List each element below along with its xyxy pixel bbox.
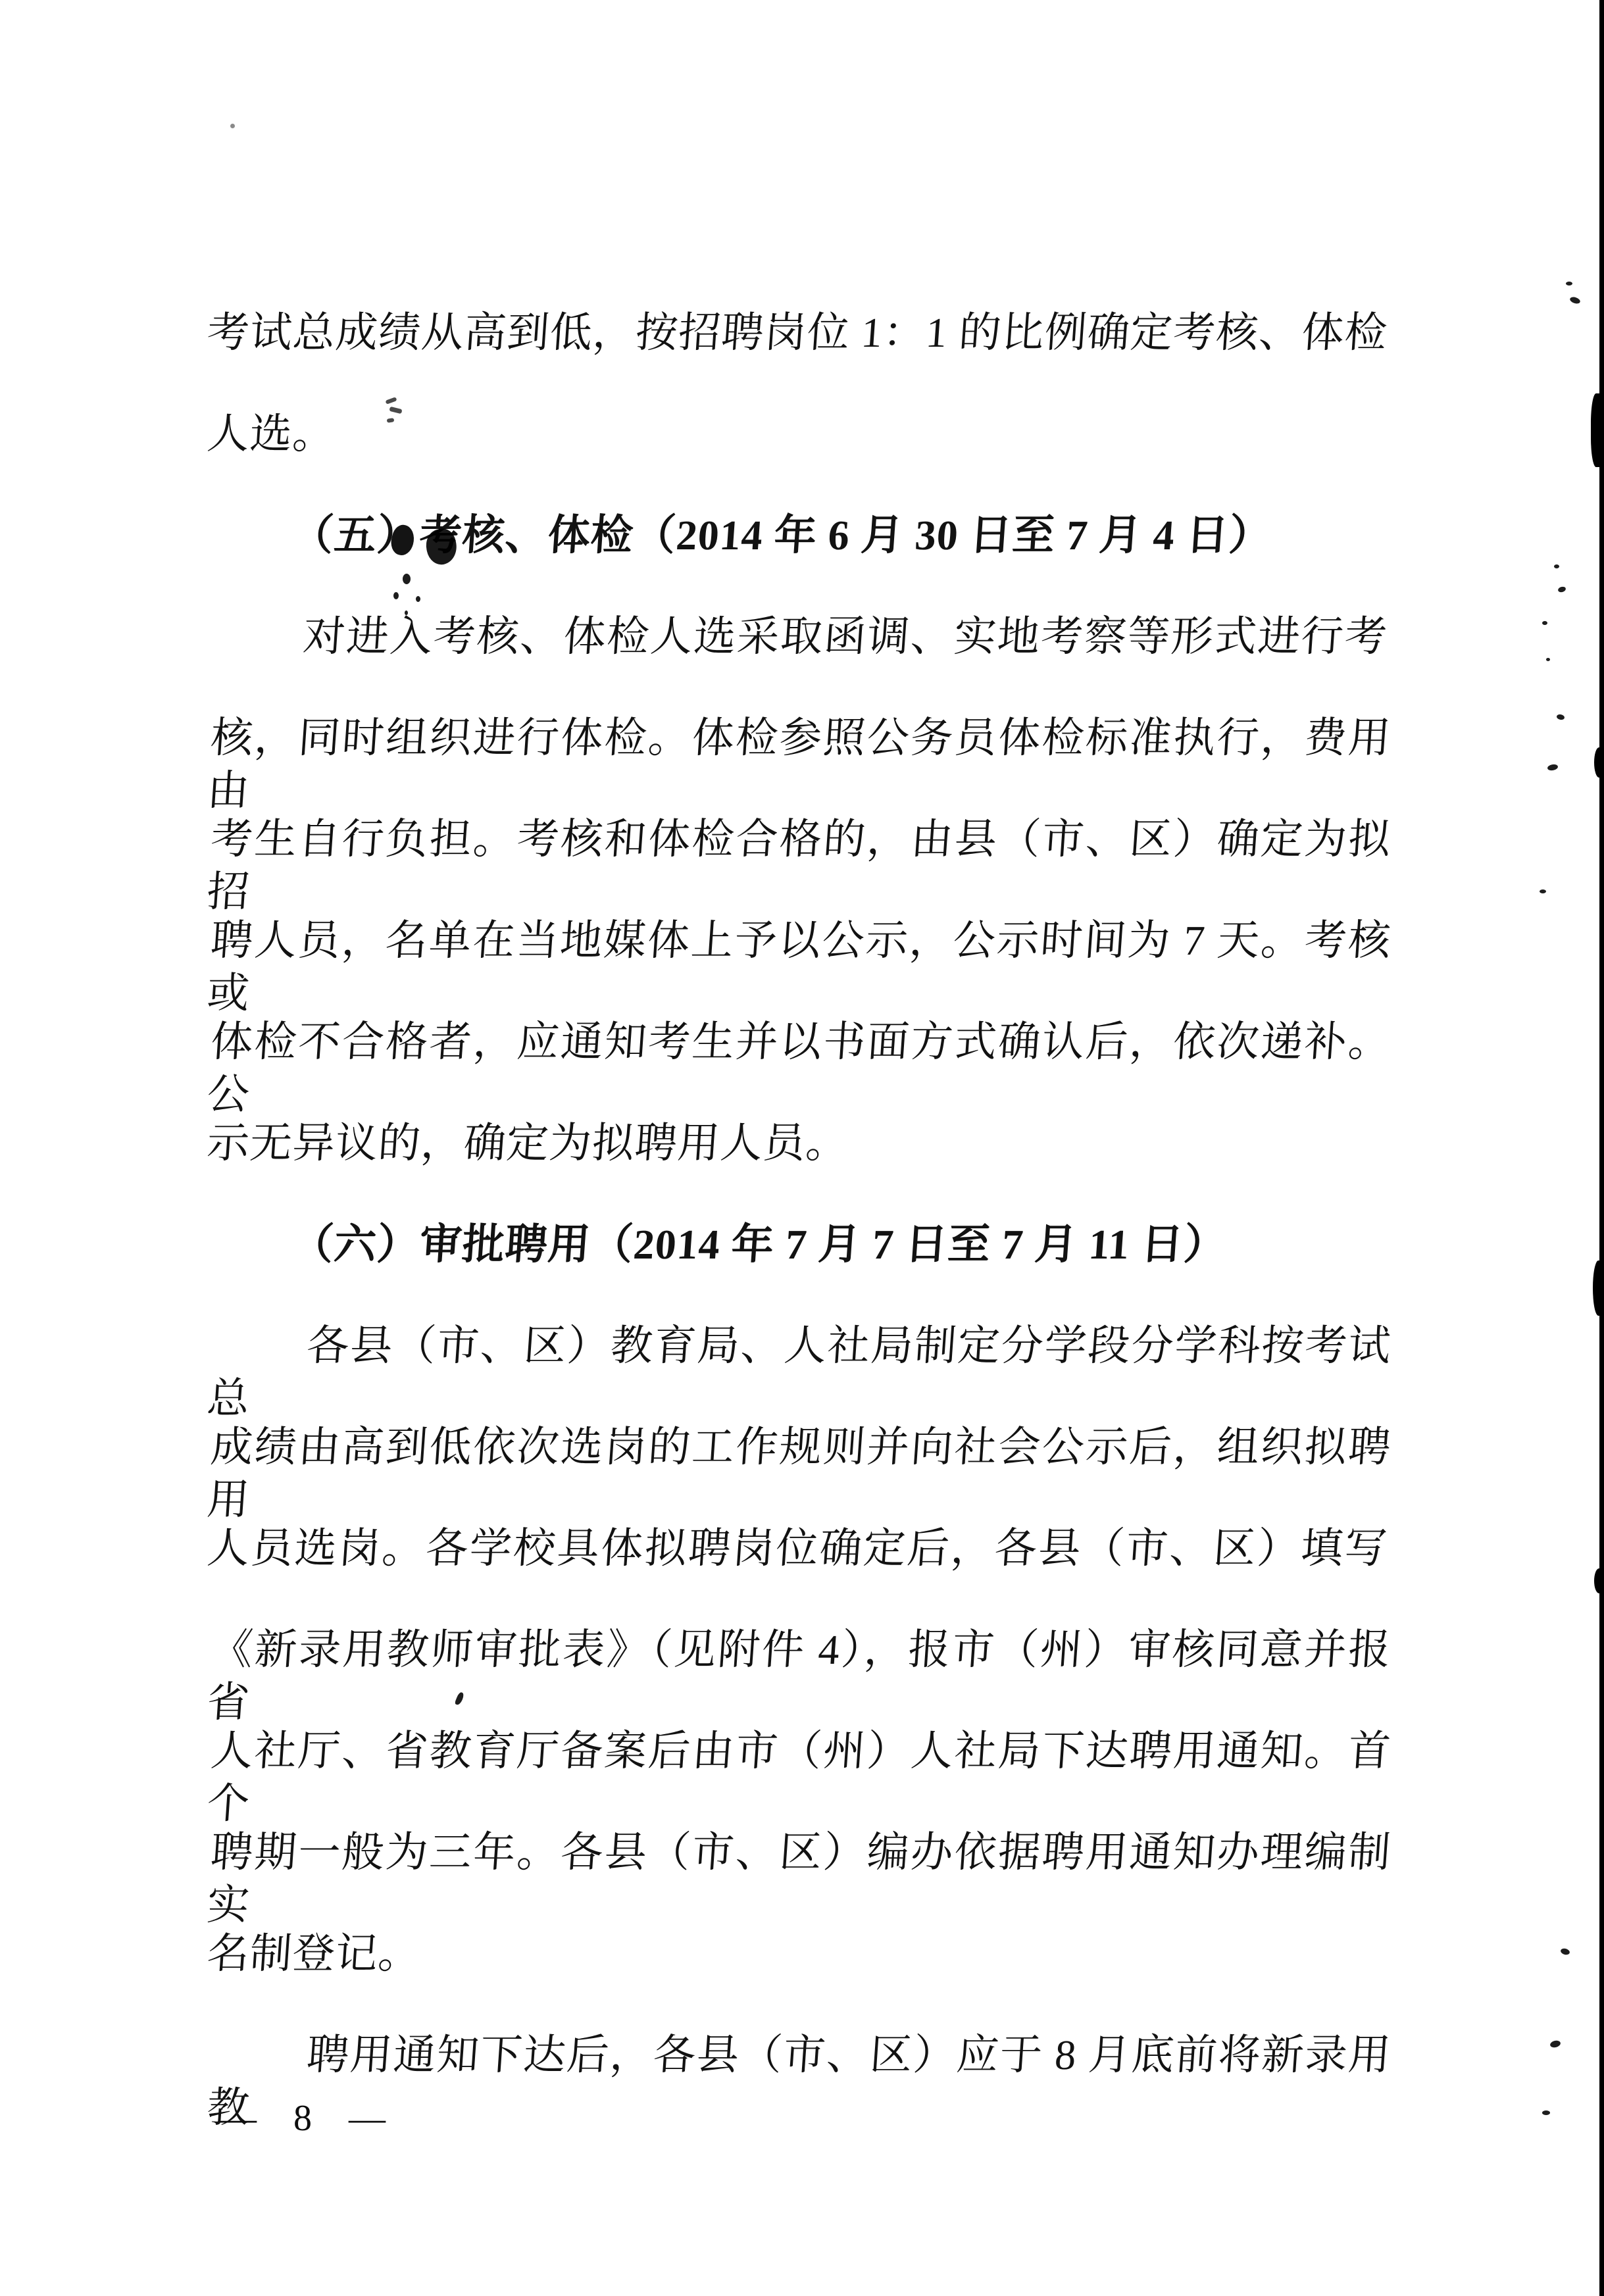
dust-speck [1566, 282, 1572, 286]
ink-smudge [403, 574, 411, 584]
scan-edge-artifact [1599, 0, 1604, 2296]
scan-artifact [1594, 747, 1604, 778]
dust-speck [1542, 2110, 1550, 2115]
text-line: 体检不合格者，应通知考生并以书面方式确认后，依次递补。公 [205, 1016, 1393, 1121]
ink-smudge [405, 611, 408, 615]
scan-artifact [1593, 1260, 1604, 1316]
text-line: 考生自行负担。考核和体检合格的，由县（市、区）确定为拟招 [205, 813, 1393, 918]
scan-artifact [1591, 393, 1604, 467]
dust-speck [1542, 621, 1547, 625]
text-line: 各县（市、区）教育局、人社局制定分学段分学科按考试总 [205, 1320, 1393, 1425]
text-line: 考试总成绩从高到低，按招聘岗位 1：1 的比例确定考核、体检 [205, 307, 1390, 359]
dust-speck [1540, 889, 1546, 893]
text-line: 成绩由高到低依次选岗的工作规则并向社会公示后，组织拟聘用 [205, 1421, 1393, 1526]
text-line: （六）审批聘用（2014 年 7 月 7 日至 7 月 11 日） [205, 1218, 1390, 1271]
text-line: 名制登记。 [205, 1928, 1390, 1980]
text-line: 人员选岗。各学校具体拟聘岗位确定后，各县（市、区）填写 [205, 1522, 1390, 1575]
text-line: 人社厅、省教育厅备案后由市（州）人社局下达聘用通知。首个 [205, 1725, 1393, 1830]
text-line: 聘期一般为三年。各县（市、区）编办依据聘用通知办理编制实 [205, 1826, 1393, 1932]
text-line: 人选。 [205, 408, 1390, 461]
text-line: 聘人员，名单在当地媒体上予以公示，公示时间为 7 天。考核或 [205, 914, 1393, 1020]
dust-speck [230, 124, 235, 128]
scan-artifact [1594, 1568, 1604, 1593]
text-line: 核，同时组织进行体检。体检参照公务员体检标准执行，费用由 [205, 712, 1393, 817]
dust-speck [1546, 658, 1550, 661]
dust-speck [1554, 564, 1559, 568]
document-page: 考试总成绩从高到低，按招聘岗位 1：1 的比例确定考核、体检人选。（五）考核、体… [0, 0, 1604, 2296]
text-line: 示无异议的，确定为拟聘用人员。 [205, 1117, 1390, 1170]
document-body: 考试总成绩从高到低，按招聘岗位 1：1 的比例确定考核、体检人选。（五）考核、体… [0, 0, 1604, 2296]
ink-smudge [393, 592, 399, 599]
page-number: — 8 — [220, 2097, 388, 2139]
ink-smudge [416, 596, 420, 602]
text-line: （五）考核、体检（2014 年 6 月 30 日至 7 月 4 日） [205, 509, 1390, 562]
text-line: 对进入考核、体检人选采取函调、实地考察等形式进行考 [205, 611, 1390, 663]
text-line: 《新录用教师审批表》（见附件 4），报市（州）审核同意并报省 [205, 1624, 1393, 1729]
